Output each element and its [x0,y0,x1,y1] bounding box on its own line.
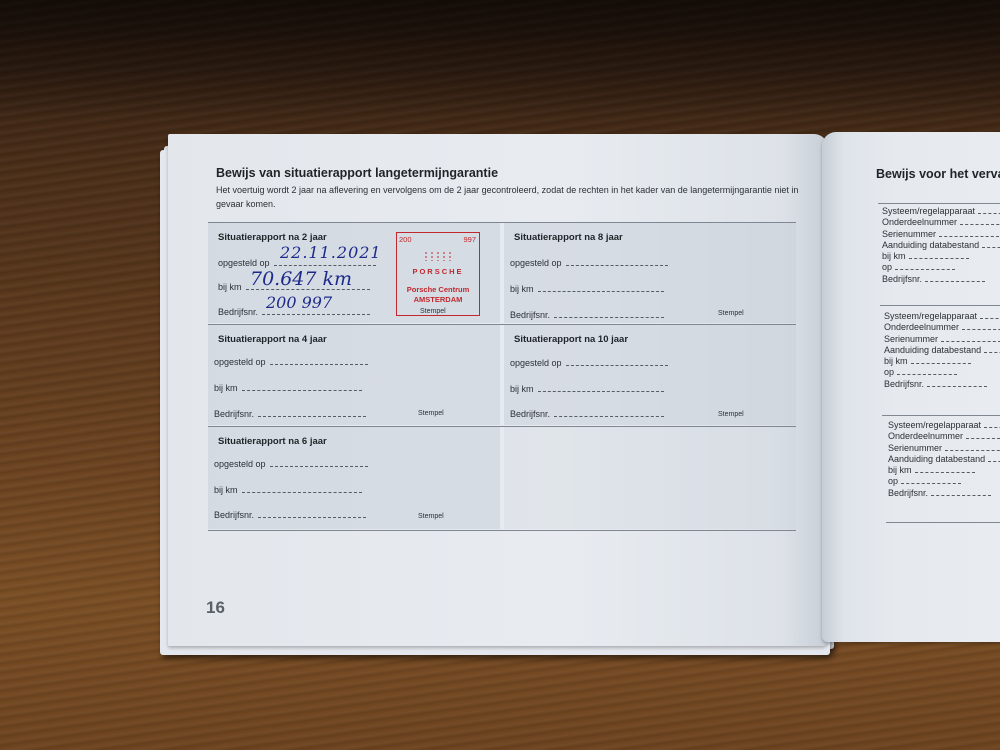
field-label: Onderdeelnummer [882,217,957,227]
stamp-dealer-city: AMSTERDAM [397,295,479,304]
company-label: Bedrijfsnr. [510,409,550,419]
porsche-logo: PORSCHE [397,267,479,276]
field-label: Bedrijfsnr. [888,488,928,498]
replacement-block: Systeem/regelapparaat Onderdeelnummer Se… [882,206,1000,285]
report-8-years: Situatierapport na 8 jaar opgesteld op b… [504,223,796,323]
intro-text: Het voertuig wordt 2 jaar na aflevering … [216,183,806,211]
stamp-label: Stempel [418,513,444,520]
km-label: bij km [510,284,534,294]
report-title: Situatierapport na 6 jaar [218,436,327,447]
field-label: bij km [888,465,912,475]
page-title: Bewijs van situatierapport langetermijng… [216,166,498,180]
field-label: bij km [884,356,908,366]
stamp-number-left: 200 [399,235,412,244]
report-4-years: Situatierapport na 4 jaar opgesteld op b… [208,325,500,425]
date-label: opgesteld op [218,258,270,268]
km-label: bij km [214,383,238,393]
km-label: bij km [218,282,242,292]
field-label: Onderdeelnummer [888,431,963,441]
field-label: op [884,367,894,377]
empty-cell [504,427,796,529]
date-label: opgesteld op [510,358,562,368]
replacement-block: Systeem/regelapparaat Onderdeelnummer Se… [884,311,1000,390]
field-label: Serienummer [888,443,942,453]
field-label: op [882,262,892,272]
report-title: Situatierapport na 2 jaar [218,232,327,243]
date-label: opgesteld op [214,459,266,469]
report-title: Situatierapport na 4 jaar [218,334,327,345]
report-title: Situatierapport na 10 jaar [514,334,628,345]
table-surface [0,0,1000,120]
right-page-title: Bewijs voor het vervan [876,167,1000,181]
field-label: Systeem/regelapparaat [882,206,975,216]
date-label: opgesteld op [510,258,562,268]
field-label: Systeem/regelapparaat [884,311,977,321]
km-label: bij km [214,485,238,495]
field-label: Serienummer [882,229,936,239]
field-label: bij km [882,251,906,261]
stamp-number-right: 997 [463,235,476,244]
handwritten-date: 22.11.2021 [280,243,382,262]
company-label: Bedrijfsnr. [218,307,258,317]
handwritten-km: 70.647 km [250,268,352,290]
company-label: Bedrijfsnr. [214,510,254,520]
field-label: Aanduiding databestand [884,345,981,355]
field-label: Systeem/regelapparaat [888,420,981,430]
stamp-dealer-name: Porsche Centrum [397,285,479,294]
report-10-years: Situatierapport na 10 jaar opgesteld op … [504,325,796,425]
stamp-label: Stempel [718,310,744,317]
field-label: Serienummer [884,334,938,344]
field-label: Aanduiding databestand [888,454,985,464]
field-label: op [888,476,898,486]
report-6-years: Situatierapport na 6 jaar opgesteld op b… [208,427,500,529]
company-label: Bedrijfsnr. [214,409,254,419]
company-label: Bedrijfsnr. [510,310,550,320]
handwritten-company-number: 200 997 [266,293,332,312]
replacement-block: Systeem/regelapparaat Onderdeelnummer Se… [888,420,1000,499]
field-label: Aanduiding databestand [882,240,979,250]
report-title: Situatierapport na 8 jaar [514,232,623,243]
stamp-label: Stempel [418,410,444,417]
stamp-crest-icon [423,251,453,261]
stamp-label: Stempel [718,411,744,418]
dealer-stamp: 200 997 PORSCHE Porsche Centrum AMSTERDA… [396,232,480,316]
date-label: opgesteld op [214,357,266,367]
page-number: 16 [206,598,225,618]
field-label: Bedrijfsnr. [884,379,924,389]
field-label: Onderdeelnummer [884,322,959,332]
km-label: bij km [510,384,534,394]
field-label: Bedrijfsnr. [882,274,922,284]
